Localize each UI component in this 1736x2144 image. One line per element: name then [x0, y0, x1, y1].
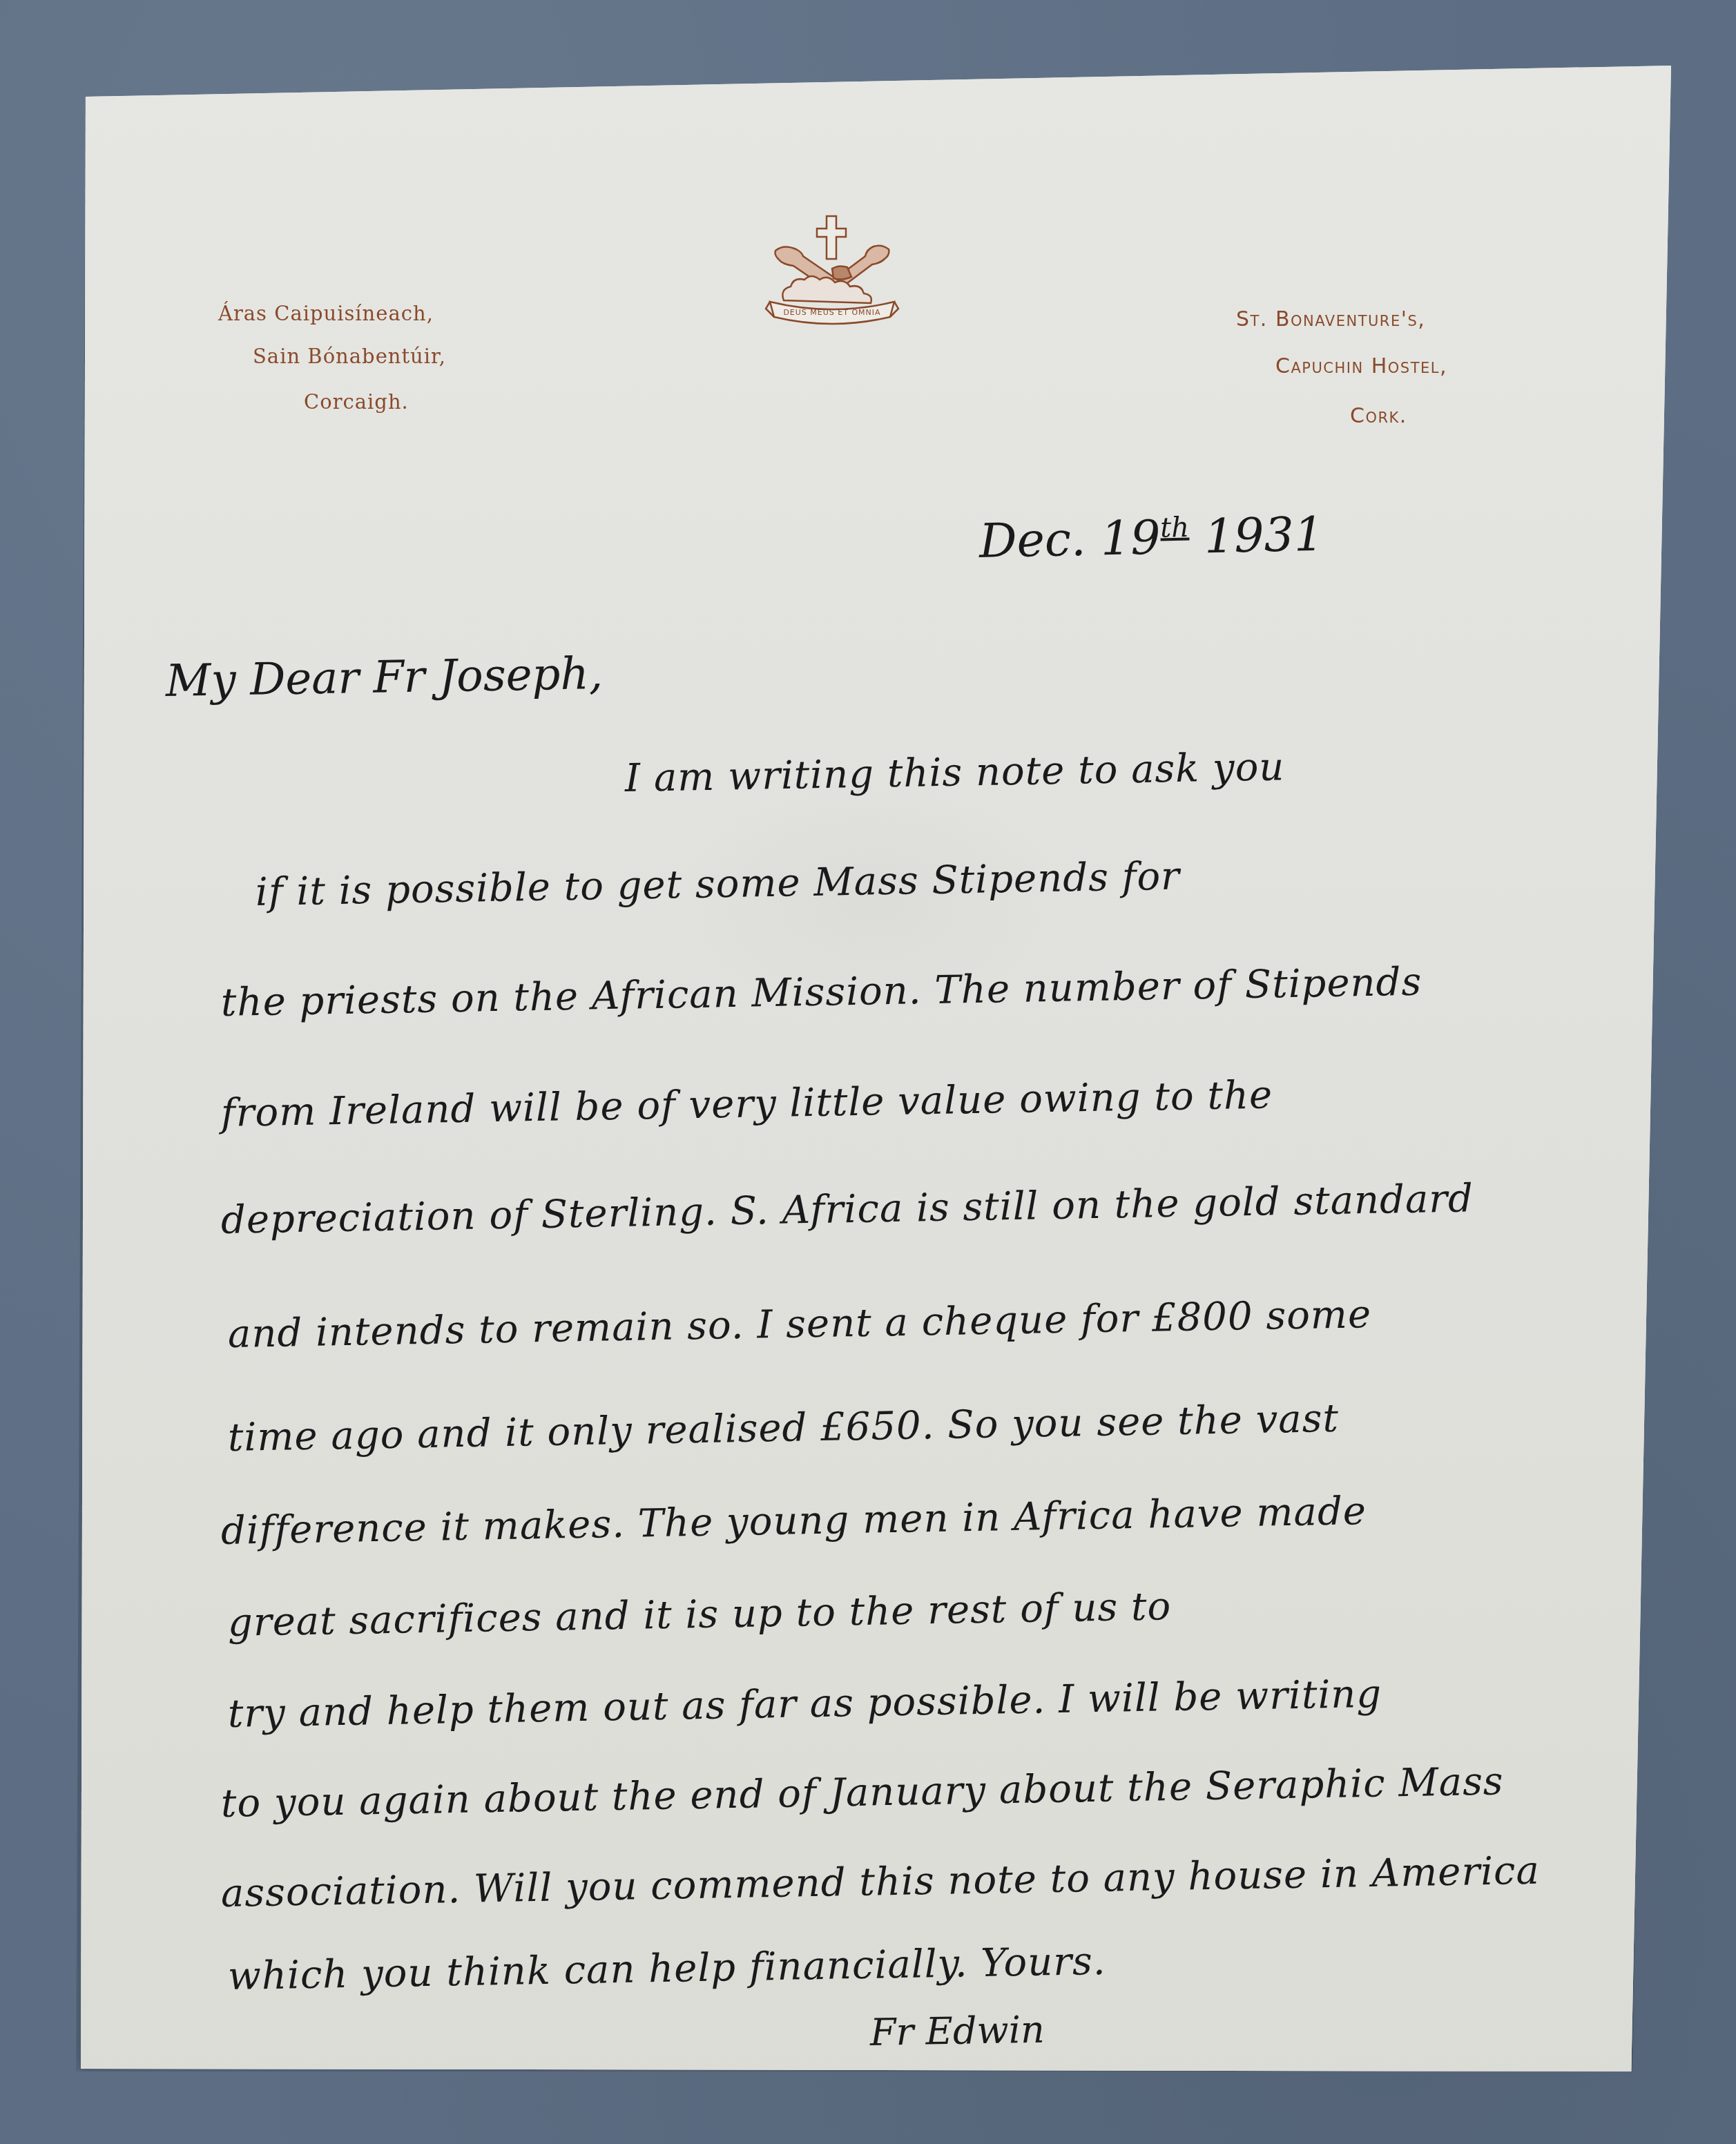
- letter-date: Dec. 19th 1931: [978, 508, 1324, 569]
- date-year: 1931: [1204, 508, 1324, 565]
- date-suffix: th: [1160, 512, 1190, 544]
- letterhead-irish-line-3: Corcaigh.: [304, 392, 409, 412]
- letter-salutation: My Dear Fr Joseph,: [165, 648, 603, 707]
- letterhead-english-line-2: Capuchin Hostel,: [1275, 356, 1447, 377]
- letterhead-irish-line-1: Áras Caipuisíneach,: [218, 304, 434, 324]
- letter-signature: Fr Edwin: [869, 2008, 1045, 2054]
- svg-text:DEUS MEUS ET OMNIA: DEUS MEUS ET OMNIA: [783, 308, 880, 317]
- date-day: Dec. 19: [978, 511, 1161, 569]
- letterhead-english-line-3: Cork.: [1350, 406, 1407, 427]
- letterhead-english-line-1: St. Bonaventure's,: [1236, 309, 1425, 330]
- letterhead-irish-line-2: Sain Bónabentúir,: [253, 347, 446, 367]
- capuchin-crest-icon: DEUS MEUS ET OMNIA: [763, 211, 901, 328]
